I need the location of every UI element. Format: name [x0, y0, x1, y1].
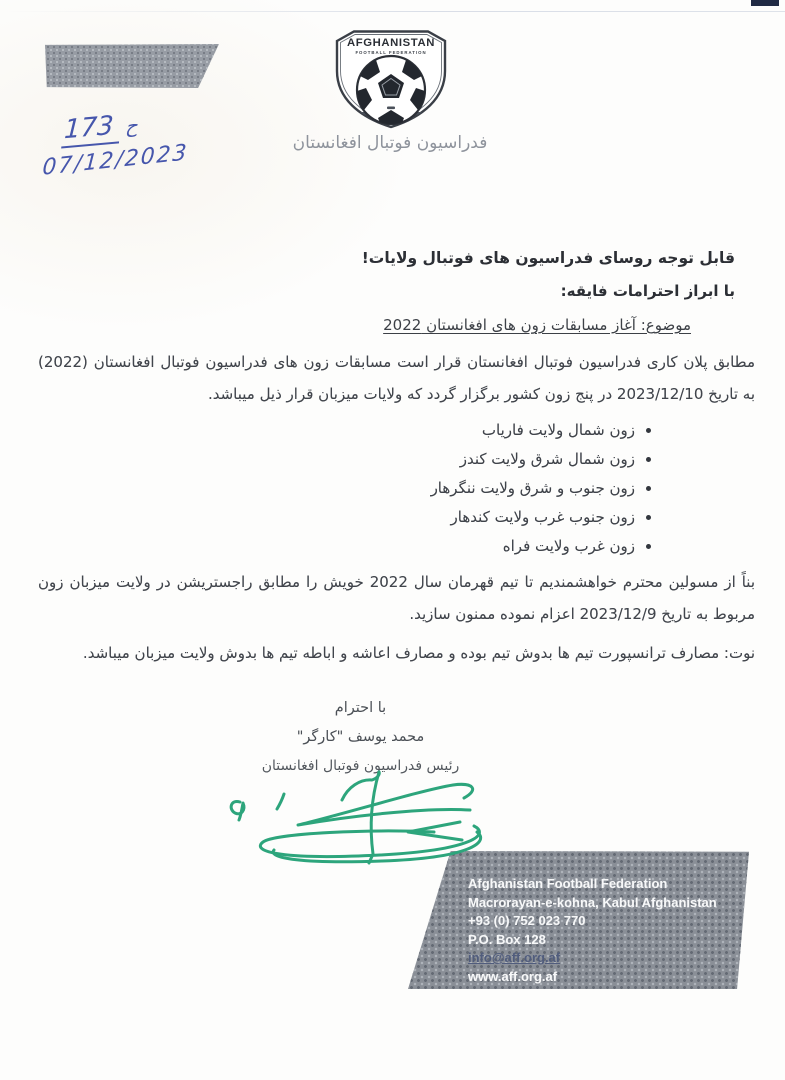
registry-number-suffix: ح — [125, 115, 138, 138]
note-line: نوت: مصارف ترانسپورت تیم ها بدوش تیم بود… — [38, 644, 755, 662]
subject-line: موضوع: آغاز مسابقات زون های افغانستان 20… — [115, 316, 735, 334]
scan-artifact-corner — [751, 0, 779, 6]
logo-subtitle: FOOTBALL FEDERATION — [355, 50, 426, 55]
logo-title: AFGHANISTAN — [347, 37, 435, 49]
registry-number: 173 — [61, 110, 120, 148]
zone-item: زون غرب ولایت فراه — [431, 537, 635, 555]
body-paragraph-1: مطابق پلان کاری فدراسیون فوتبال افغانستا… — [38, 346, 755, 410]
scanned-letter-page: 173ح 07/12/2023 AFGHANISTAN FOOTBALL FED… — [0, 0, 785, 1080]
footer-phone: +93 (0) 752 023 770 — [468, 912, 749, 931]
zone-item: زون شمال شرق ولایت کندز — [431, 450, 635, 468]
footer-contact-block: Afghanistan Football Federation Macroray… — [408, 851, 749, 989]
body-paragraph-2: بناً از مسولین محترم خواهشمندیم تا تیم ق… — [38, 566, 755, 630]
footer-website: www.aff.org.af — [468, 968, 749, 987]
footer-email-link: info@aff.org.af — [468, 949, 749, 968]
signature-scribble — [222, 770, 494, 870]
redacted-stamp-block — [45, 44, 219, 88]
zone-item: زون جنوب غرب ولایت کندهار — [431, 508, 635, 526]
letter-headings: قابل توجه روسای فدراسیون های فوتبال ولای… — [115, 249, 735, 334]
footer-address: Macrorayan-e-kohna, Kabul Afghanistan — [468, 894, 749, 913]
footer-org: Afghanistan Football Federation — [468, 875, 749, 894]
salutation-heading: با ابراز احترامات فایقه: — [115, 282, 735, 300]
aff-logo: AFGHANISTAN FOOTBALL FEDERATION — [330, 26, 452, 132]
closing-block: با احترام محمد یوسف "کارگر" رئیس فدراسیو… — [233, 700, 488, 774]
zone-item: زون جنوب و شرق ولایت ننگرهار — [431, 479, 635, 497]
attention-heading: قابل توجه روسای فدراسیون های فوتبال ولای… — [115, 249, 735, 267]
closing-salutation: با احترام — [233, 700, 488, 716]
footer-po-box: P.O. Box 128 — [468, 931, 749, 950]
federation-persian-name: فدراسیون فوتبال افغانستان — [255, 133, 525, 153]
signer-name: محمد یوسف "کارگر" — [233, 729, 488, 745]
registry-number-handwritten: 173ح — [61, 109, 138, 146]
zone-item: زون شمال ولایت فاریاب — [431, 421, 635, 439]
zones-list: زون شمال ولایت فاریاب زون شمال شرق ولایت… — [431, 421, 655, 566]
scan-artifact-line — [0, 11, 785, 12]
